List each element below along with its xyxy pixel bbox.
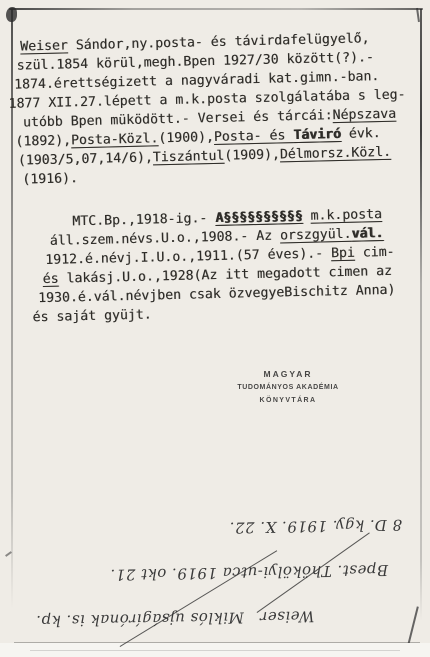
paragraph: Weiser Sándor,ny.posta- és távirdafelügy… xyxy=(0,28,430,190)
scanned-card: Weiser Sándor,ny.posta- és távirdafelügy… xyxy=(0,0,430,657)
typed-segment: Népszava xyxy=(332,107,396,123)
typed-segment: m.k.posta xyxy=(310,207,382,224)
handwriting-line: Weiser Miklós ujságírónak is. kp. xyxy=(28,592,404,644)
typed-segment: orszgyül. xyxy=(280,227,352,244)
library-stamp: MAGYARTUDOMÁNYOS AKADÉMIAKÖNYVTÁRA xyxy=(224,368,352,407)
typed-segment: A§§§§§§§§§§ xyxy=(215,209,303,226)
typed-segment: MTC.Bp.,1918-ig.- xyxy=(72,211,215,229)
typed-segment: (1916). xyxy=(22,171,78,187)
typed-segment: Posta- és xyxy=(214,128,294,145)
typed-segment: Weiser xyxy=(20,38,68,54)
stamp-line: TUDOMÁNYOS AKADÉMIA xyxy=(224,381,352,394)
typed-segment: Délmorsz.Közl. xyxy=(280,145,391,163)
typed-segment: (1903/5,07,14/6), xyxy=(18,150,153,168)
typewritten-text: Weiser Sándor,ny.posta- és távirdafelügy… xyxy=(0,28,430,328)
typed-segment: és saját gyüjt. xyxy=(32,308,151,326)
handwriting-line: 8 D. kgy. 1919. X. 22. xyxy=(27,502,403,554)
handwritten-note: Weiser Miklós ujságírónak is. kp.Bpest. … xyxy=(27,497,404,644)
stamp-line: KÖNYVTÁRA xyxy=(224,394,352,407)
typed-segment: Bpi xyxy=(331,246,355,262)
corner-mark-bottom-right xyxy=(407,606,419,645)
stamp-line: MAGYAR xyxy=(224,368,352,381)
typed-segment: (1892), xyxy=(15,133,71,149)
typed-segment: vál. xyxy=(351,226,383,242)
typed-segment: Posta-Közl. xyxy=(71,131,159,148)
scan-background-line xyxy=(30,650,400,651)
typed-segment: és xyxy=(43,272,59,287)
typed-segment: (1900), xyxy=(158,130,214,146)
typed-segment: Tiszántul xyxy=(153,149,225,166)
typed-segment: Táviró xyxy=(293,127,341,143)
typed-segment: (1909), xyxy=(224,147,280,163)
paragraph: MTC.Bp.,1918-ig.- A§§§§§§§§§§ m.k.postaá… xyxy=(4,204,430,328)
corner-mark-top-left xyxy=(6,7,17,22)
handwriting-line: Bpest. Thökölyi-utca 1919. okt 21. xyxy=(28,547,404,599)
typed-segment: cim- xyxy=(355,245,395,261)
card-edge-top xyxy=(9,8,423,10)
typed-segment: évk. xyxy=(341,126,381,142)
